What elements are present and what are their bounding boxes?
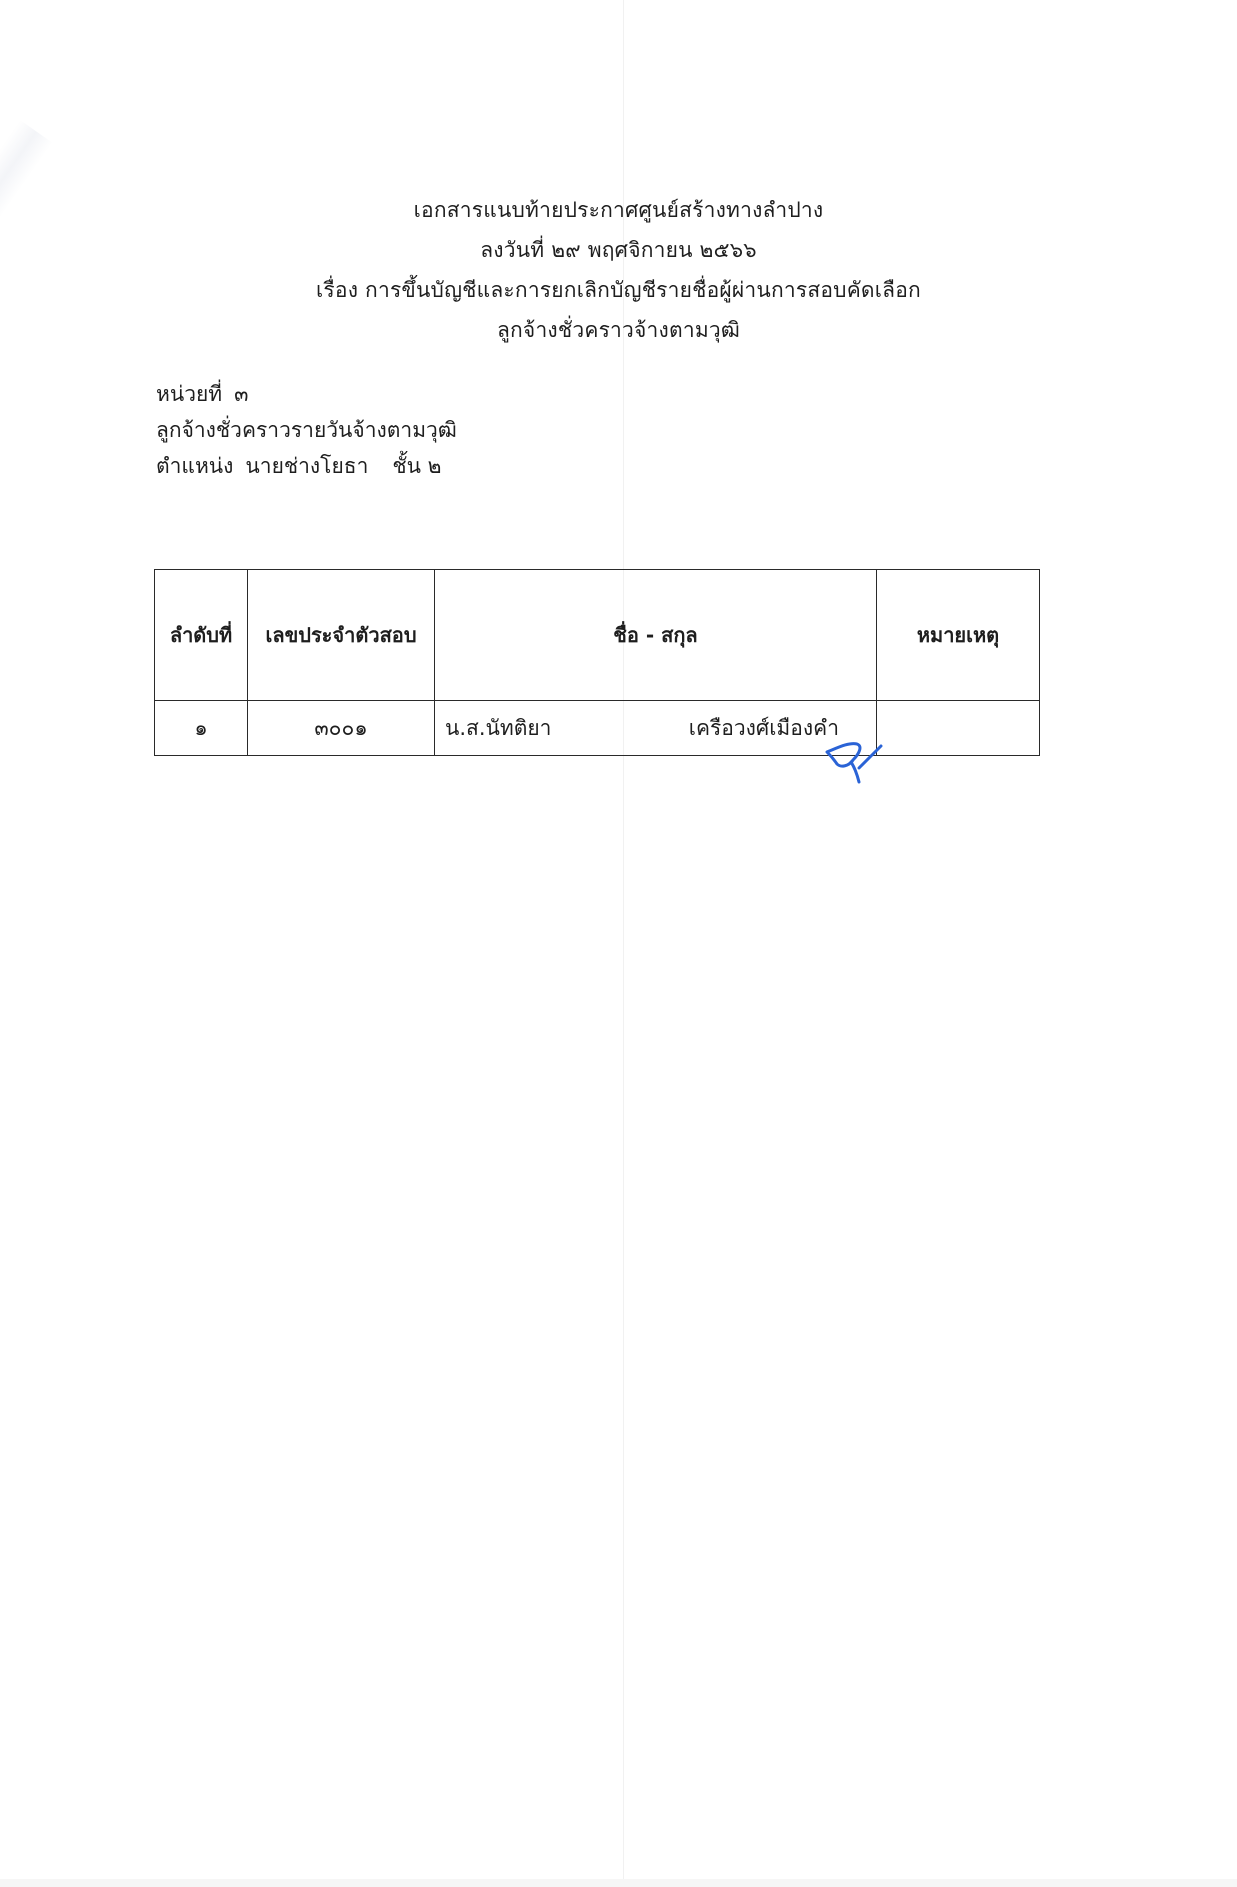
- document-header: เอกสารแนบท้ายประกาศศูนย์สร้างทางลำปาง ลง…: [0, 190, 1237, 350]
- grade-label: ชั้น ๒: [392, 454, 441, 478]
- first-name: น.ส.นัทติยา: [445, 712, 551, 745]
- header-date: ลงวันที่ ๒๙ พฤศจิกายน ๒๕๖๖: [0, 230, 1237, 270]
- scan-edge: [0, 1879, 1237, 1887]
- cell-exam-id: ๓๐๐๑: [248, 701, 435, 756]
- cell-name: น.ส.นัทติยา เครือวงศ์เมืองคำ: [435, 701, 877, 756]
- position-label: ตำแหน่ง: [156, 454, 233, 478]
- col-header-note: หมายเหตุ: [877, 570, 1040, 701]
- position-line: ตำแหน่งนายช่างโยธาชั้น ๒: [156, 448, 457, 484]
- position-value: นายช่างโยธา: [245, 454, 368, 478]
- header-subject-cont: ลูกจ้างชั่วคราวจ้างตามวุฒิ: [0, 310, 1237, 350]
- document-meta: หน่วยที่๓ ลูกจ้างชั่วคราวรายวันจ้างตามวุ…: [156, 376, 457, 484]
- col-header-exam-id: เลขประจำตัวสอบ: [248, 570, 435, 701]
- col-header-order: ลำดับที่: [155, 570, 248, 701]
- employment-type: ลูกจ้างชั่วคราวรายวันจ้างตามวุฒิ: [156, 412, 457, 448]
- col-header-name: ชื่อ - สกุล: [435, 570, 877, 701]
- signature-icon: [823, 738, 885, 786]
- header-title: เอกสารแนบท้ายประกาศศูนย์สร้างทางลำปาง: [0, 190, 1237, 230]
- unit-line: หน่วยที่๓: [156, 376, 457, 412]
- unit-label: หน่วยที่: [156, 382, 222, 406]
- unit-value: ๓: [234, 382, 248, 406]
- header-subject: เรื่อง การขึ้นบัญชีและการยกเลิกบัญชีรายช…: [0, 270, 1237, 310]
- last-name: เครือวงศ์เมืองคำ: [689, 712, 839, 745]
- table-header-row: ลำดับที่ เลขประจำตัวสอบ ชื่อ - สกุล หมาย…: [155, 570, 1040, 701]
- cell-note: [877, 701, 1040, 756]
- results-table: ลำดับที่ เลขประจำตัวสอบ ชื่อ - สกุล หมาย…: [154, 569, 1040, 756]
- table-row: ๑ ๓๐๐๑ น.ส.นัทติยา เครือวงศ์เมืองคำ: [155, 701, 1040, 756]
- cell-order: ๑: [155, 701, 248, 756]
